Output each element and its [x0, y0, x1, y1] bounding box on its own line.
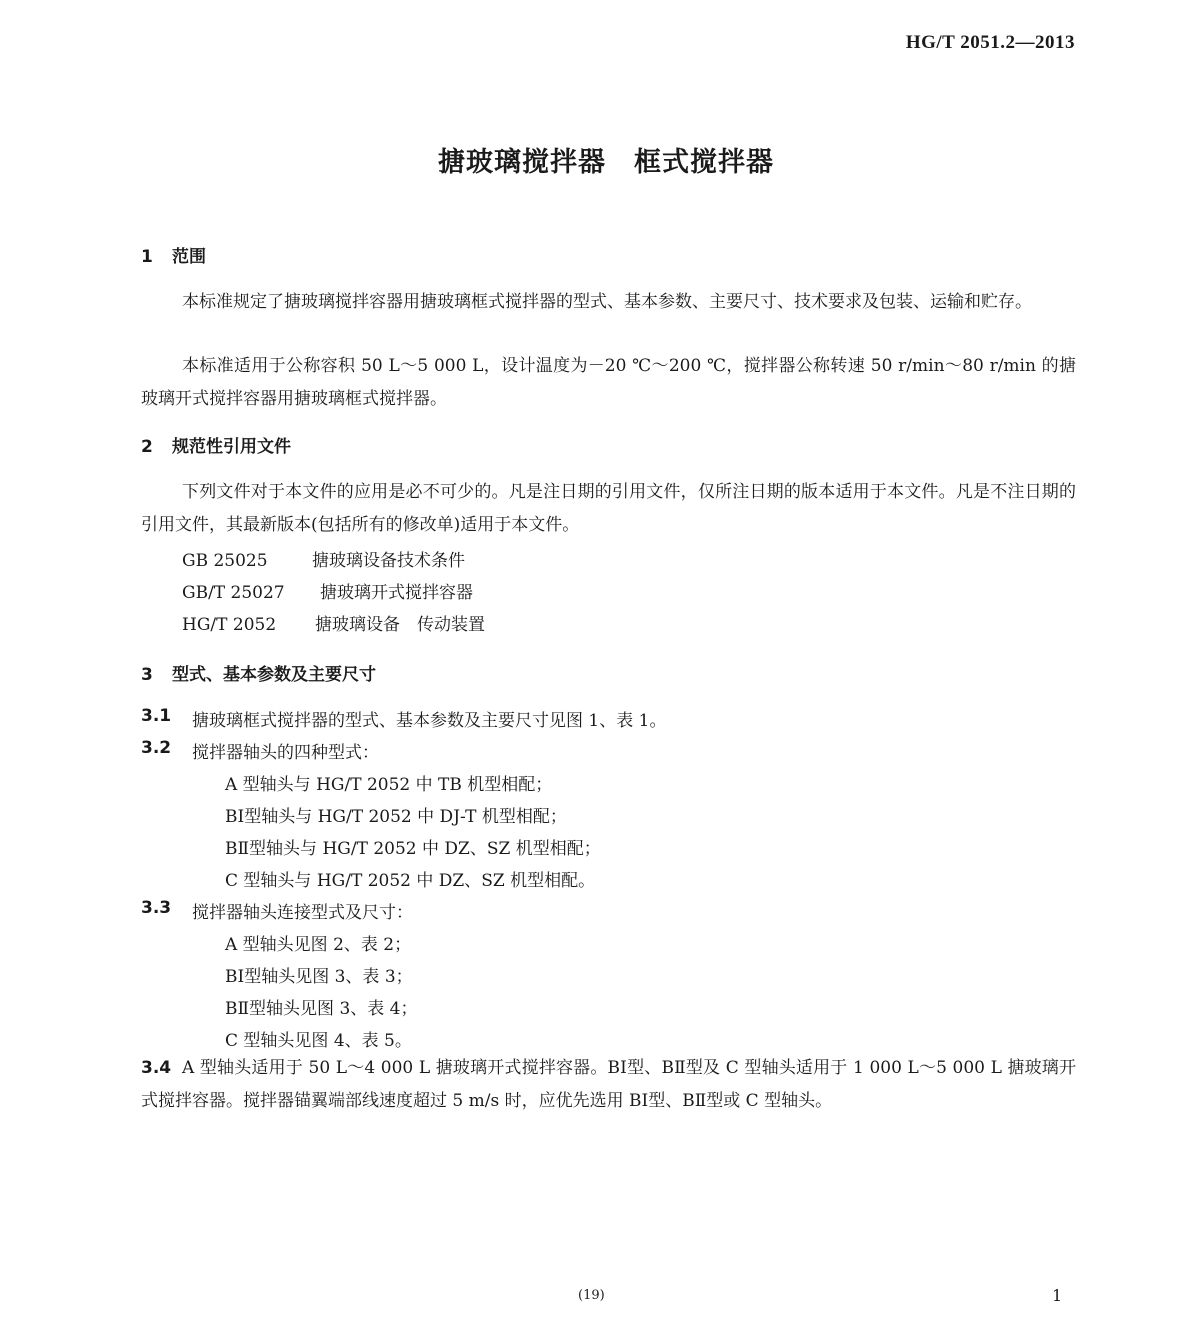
clause-text: 搅拌器轴头的四种型式：	[192, 738, 379, 763]
section-title: 型式、基本参数及主要尺寸	[172, 665, 376, 685]
section-1-heading: 1范围	[141, 242, 206, 267]
clause-paragraph: A 型轴头适用于 50 L～4 000 L 搪玻璃开式搅拌容器。BⅠ型、BⅡ型及…	[141, 1052, 1076, 1118]
clause-item: BⅠ型轴头见图 3、表 3；	[225, 962, 413, 987]
clause-item: C 型轴头见图 4、表 5。	[225, 1026, 412, 1051]
reference-code: GB 25025	[182, 551, 312, 571]
clause-number: 3.1	[141, 706, 171, 726]
clause-text: 搅拌器轴头连接型式及尺寸：	[192, 898, 413, 923]
clause-item: BⅡ型轴头见图 3、表 4；	[225, 994, 418, 1019]
section-number: 3	[141, 665, 172, 685]
page-number: 1	[1052, 1286, 1062, 1305]
reference-title: 搪玻璃设备 传动装置	[315, 615, 485, 635]
reference-title: 搪玻璃开式搅拌容器	[320, 583, 473, 603]
reference-code: GB/T 25027	[182, 583, 320, 603]
clause-item: A 型轴头与 HG/T 2052 中 TB 机型相配；	[225, 770, 552, 795]
section-3-heading: 3型式、基本参数及主要尺寸	[141, 660, 376, 685]
clause-number: 3.3	[141, 898, 171, 918]
section-1-paragraph-2: 本标准适用于公称容积 50 L～5 000 L，设计温度为－20 ℃～200 ℃…	[141, 350, 1076, 416]
reference-item: GB/T 25027搪玻璃开式搅拌容器	[182, 578, 473, 603]
reference-title: 搪玻璃设备技术条件	[312, 551, 465, 571]
section-2-paragraph-1: 下列文件对于本文件的应用是必不可少的。凡是注日期的引用文件，仅所注日期的版本适用…	[141, 476, 1076, 542]
document-title: 搪玻璃搅拌器 框式搅拌器	[0, 140, 1200, 179]
clause-item: BⅡ型轴头与 HG/T 2052 中 DZ、SZ 机型相配；	[225, 834, 601, 859]
clause-item: A 型轴头见图 2、表 2；	[225, 930, 411, 955]
section-number: 2	[141, 437, 172, 457]
reference-item: HG/T 2052搪玻璃设备 传动装置	[182, 610, 485, 635]
clause-item: BⅠ型轴头与 HG/T 2052 中 DJ-T 机型相配；	[225, 802, 567, 827]
section-title: 规范性引用文件	[172, 437, 291, 457]
clause-number: 3.2	[141, 738, 171, 758]
reference-item: GB 25025搪玻璃设备技术条件	[182, 546, 465, 571]
section-title: 范围	[172, 247, 206, 267]
section-1-paragraph-1: 本标准规定了搪玻璃搅拌容器用搪玻璃框式搅拌器的型式、基本参数、主要尺寸、技术要求…	[141, 286, 1076, 319]
reference-code: HG/T 2052	[182, 615, 315, 635]
standard-code: HG/T 2051.2—2013	[906, 32, 1075, 54]
clause-item: C 型轴头与 HG/T 2052 中 DZ、SZ 机型相配。	[225, 866, 595, 891]
serial-page-number: (19)	[578, 1288, 605, 1303]
section-2-heading: 2规范性引用文件	[141, 432, 291, 457]
section-number: 1	[141, 247, 172, 267]
clause-text: 搪玻璃框式搅拌器的型式、基本参数及主要尺寸见图 1、表 1。	[192, 706, 666, 731]
